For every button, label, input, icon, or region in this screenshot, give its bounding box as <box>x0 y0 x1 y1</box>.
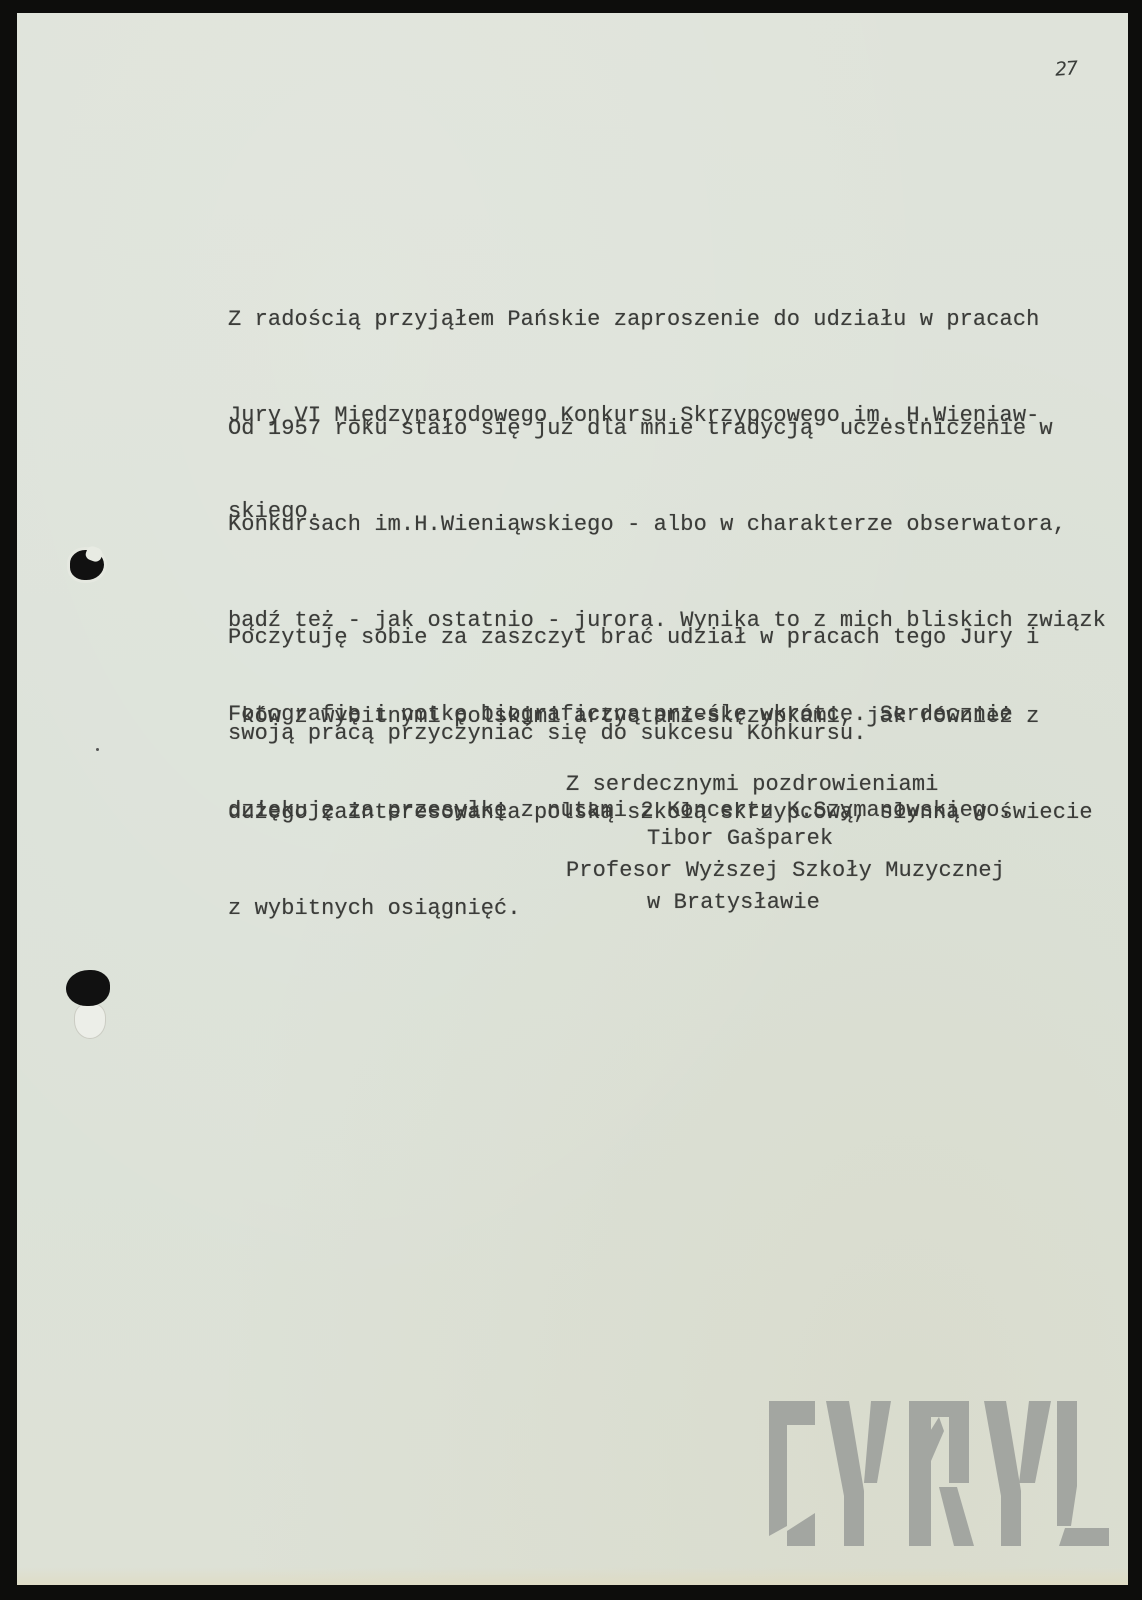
signature-city: w Bratysławie <box>647 887 820 919</box>
paper-sheet: 27 Z radością przyjąłem Pańskie zaprosze… <box>17 13 1128 1585</box>
punch-hole-tear <box>74 1003 106 1039</box>
page-number: 27 <box>1054 57 1078 80</box>
text-line: Od 1957 roku stało się już dla mnie trad… <box>228 413 1106 445</box>
punch-hole <box>66 970 110 1006</box>
paper-speck <box>96 748 99 751</box>
scanned-document: 27 Z radością przyjąłem Pańskie zaprosze… <box>0 0 1142 1600</box>
text-line: Z radością przyjąłem Pańskie zaproszenie… <box>228 304 1039 336</box>
signature-title: Profesor Wyższej Szkoły Muzycznej <box>566 855 1005 887</box>
text-line: Fotografię i notkę biograficzną prześlę … <box>228 699 1013 731</box>
text-line: Konkursach im.H.Wieniąwskiego - albo w c… <box>228 509 1106 541</box>
closing-salutation: Z serdecznymi pozdrowieniami <box>566 769 938 801</box>
cyryl-watermark-logo: CYRYL <box>769 1401 1109 1551</box>
paragraph-4: Fotografię i notkę biograficzną prześlę … <box>228 635 1013 891</box>
signature-name: Tibor Gašparek <box>647 823 833 855</box>
